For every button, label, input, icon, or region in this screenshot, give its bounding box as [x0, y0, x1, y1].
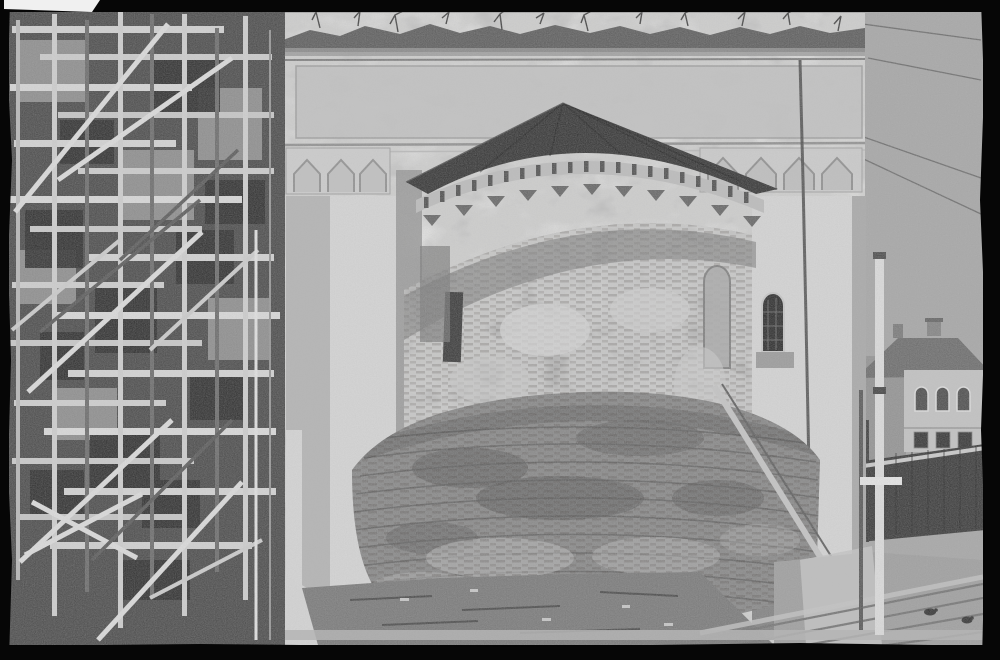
film-grain	[9, 12, 983, 645]
photo-canvas	[0, 0, 1000, 660]
scene	[9, 6, 988, 660]
photograph	[0, 0, 1000, 660]
